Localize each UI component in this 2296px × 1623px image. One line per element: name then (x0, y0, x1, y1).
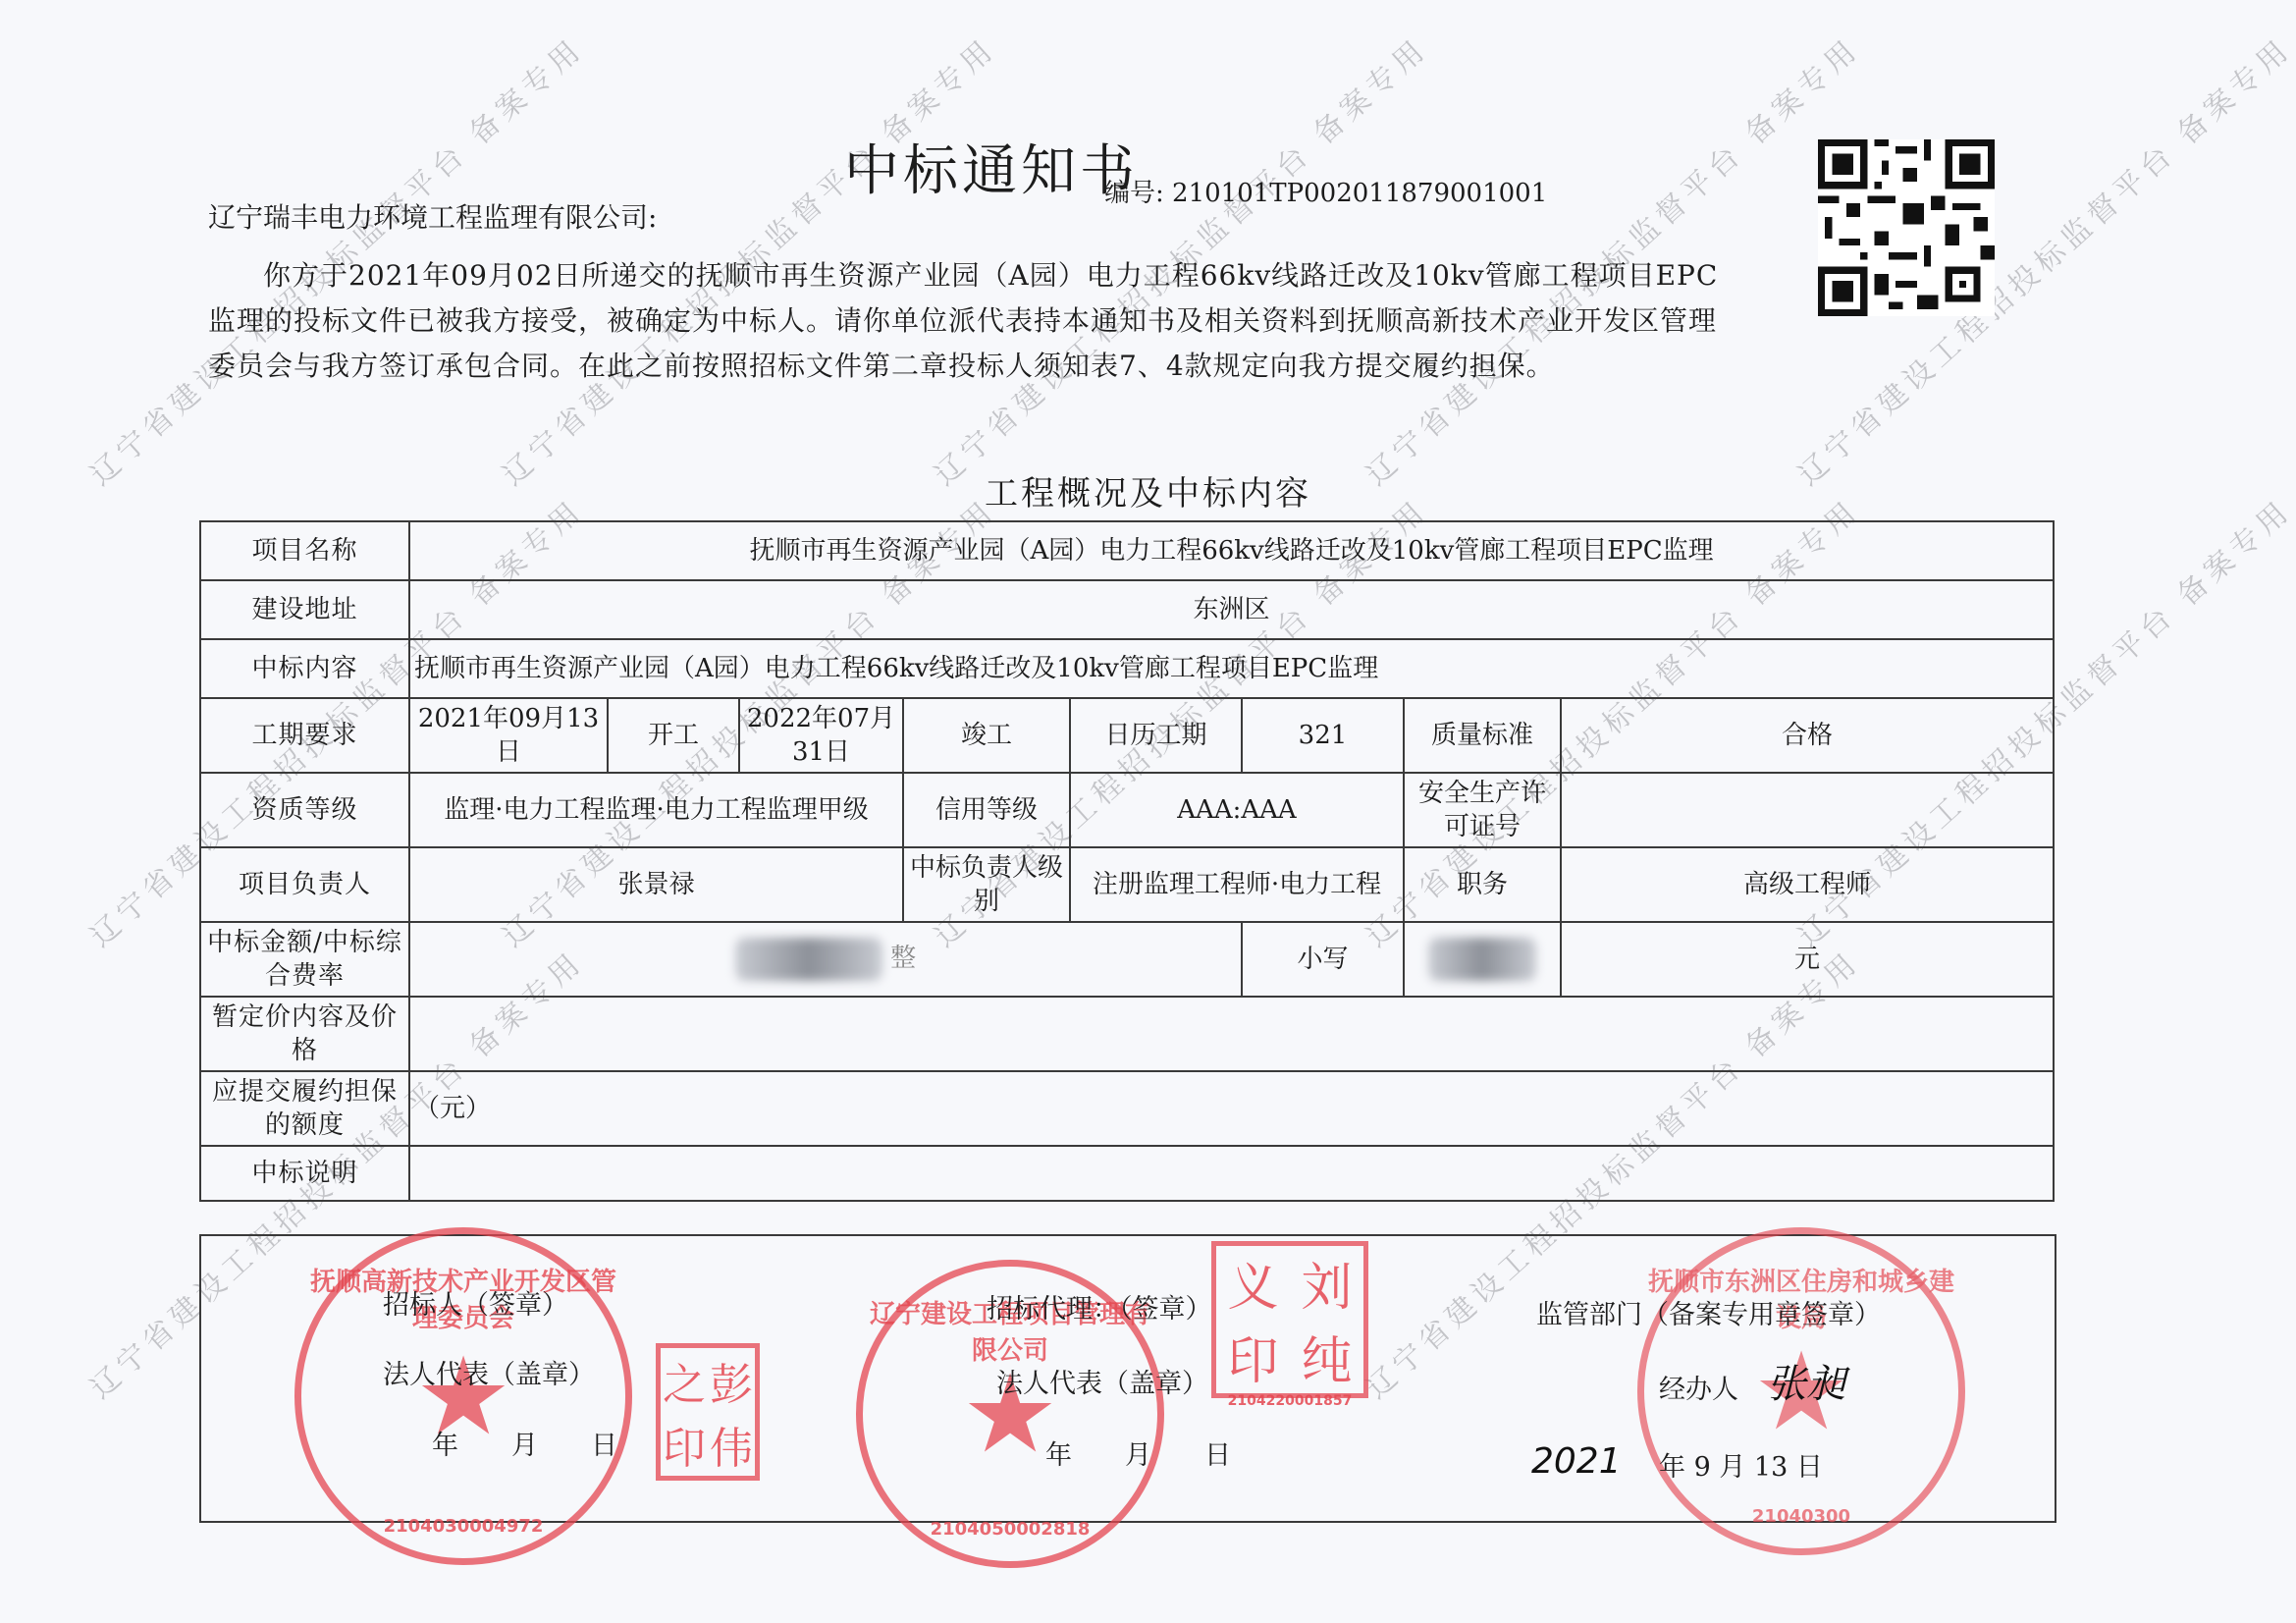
agent-seal-number: 2104050002818 (863, 1519, 1157, 1540)
start-date: 2021年09月13日 (409, 698, 608, 773)
agent-sign-label: 招标代理：（签章） (987, 1287, 1212, 1325)
document-title: 中标通知书 (0, 128, 1983, 206)
safety-permit-label: 安全生产许可证号 (1404, 773, 1561, 847)
serial-number: 编号: 210101TP002011879001001 (1104, 173, 1547, 209)
agent-personal-seal: 义 刘 印 纯 2104220001857 (1211, 1241, 1368, 1398)
credit-label: 信用等级 (903, 773, 1070, 847)
calendar-days-label: 日历工期 (1070, 698, 1242, 773)
seal-char: 之 (661, 1349, 708, 1412)
qr-code-icon[interactable] (1818, 139, 1995, 316)
address-value: 东洲区 (409, 580, 2054, 639)
table-row: 应提交履约担保的额度 （元） (200, 1071, 2054, 1146)
manager-label: 项目负责人 (200, 847, 409, 922)
table-row: 中标金额/中标综合费率 整 小写 元 (200, 922, 2054, 997)
currency-unit: 元 (1561, 922, 2054, 997)
qualification-value: 监理·电力工程监理·电力工程监理甲级 (409, 773, 903, 847)
tenderer-seal-number: 2104030004972 (301, 1516, 625, 1537)
seal-char: 刘 (1290, 1246, 1363, 1320)
handler-signature: 张昶 (1767, 1353, 1845, 1409)
tenderer-seal: 抚顺高新技术产业开发区管理委员会 ★ 2104030004972 (294, 1227, 632, 1565)
supervisor-sign-label: 监管部门（备案专用章签章） (1536, 1293, 1881, 1331)
address-label: 建设地址 (200, 580, 409, 639)
table-row: 资质等级 监理·电力工程监理·电力工程监理甲级 信用等级 AAA:AAA 安全生… (200, 773, 2054, 847)
table-row: 项目名称 抚顺市再生资源产业园（A园）电力工程66kv线路迁改及10kv管廊工程… (200, 521, 2054, 580)
seal-char: 印 (661, 1413, 708, 1476)
amount-value: 整 (409, 922, 1242, 997)
agent-legal-label: 法人代表（盖章） (996, 1362, 1208, 1400)
table-row: 建设地址 东洲区 (200, 580, 2054, 639)
tenderer-legal-label: 法人代表（盖章） (383, 1353, 595, 1391)
manager-level-value: 注册监理工程师·电力工程 (1070, 847, 1404, 922)
lowercase-label: 小写 (1242, 922, 1404, 997)
period-label: 工期要求 (200, 698, 409, 773)
amount-suffix: 整 (890, 944, 916, 973)
bond-value: （元） (409, 1071, 2054, 1146)
start-label: 开工 (608, 698, 739, 773)
agent-date: 年 月 日 (1045, 1434, 1231, 1472)
supervisor-date: 年 9 月 13 日 (1659, 1445, 1823, 1484)
redacted-lowercase-amount (1428, 938, 1536, 981)
bond-label: 应提交履约担保的额度 (200, 1071, 409, 1146)
seal-number: 2104220001857 (1216, 1393, 1363, 1409)
supervisor-date-year: 2021 (1531, 1441, 1622, 1482)
table-row: 工期要求 2021年09月13日 开工 2022年07月31日 竣工 日历工期 … (200, 698, 2054, 773)
end-date: 2022年07月31日 (739, 698, 903, 773)
quality-value: 合格 (1561, 698, 2054, 773)
notes-value (409, 1146, 2054, 1201)
table-row: 中标内容 抚顺市再生资源产业园（A园）电力工程66kv线路迁改及10kv管廊工程… (200, 639, 2054, 698)
tenderer-personal-seal: 之 彭 印 伟 (656, 1343, 760, 1481)
notes-label: 中标说明 (200, 1146, 409, 1201)
calendar-days-value: 321 (1242, 698, 1404, 773)
seal-char: 伟 (708, 1413, 755, 1476)
position-value: 高级工程师 (1561, 847, 2054, 922)
table-row: 中标说明 (200, 1146, 2054, 1201)
table-row: 暂定价内容及价格 (200, 997, 2054, 1071)
content-value: 抚顺市再生资源产业园（A园）电力工程66kv线路迁改及10kv管廊工程项目EPC… (409, 639, 2054, 698)
position-label: 职务 (1404, 847, 1561, 922)
manager-value: 张景禄 (409, 847, 903, 922)
tenderer-date: 年 月 日 (432, 1424, 617, 1462)
credit-value: AAA:AAA (1070, 773, 1404, 847)
supervisor-seal-number: 21040300 (1644, 1506, 1958, 1527)
provisional-label: 暂定价内容及价格 (200, 997, 409, 1071)
serial-label: 编号: (1104, 179, 1164, 208)
amount-label: 中标金额/中标综合费率 (200, 922, 409, 997)
qualification-label: 资质等级 (200, 773, 409, 847)
section-title: 工程概况及中标内容 (0, 466, 2296, 514)
seal-char: 印 (1216, 1320, 1290, 1393)
notice-body: 你方于2021年09月02日所递交的抚顺市再生资源产业园（A园）电力工程66kv… (208, 253, 1744, 389)
project-name-label: 项目名称 (200, 521, 409, 580)
handler-label: 经办人 (1659, 1368, 1738, 1406)
serial-value: 210101TP002011879001001 (1172, 179, 1547, 208)
seal-char: 纯 (1290, 1320, 1363, 1393)
manager-level-label: 中标负责人级别 (903, 847, 1070, 922)
quality-label: 质量标准 (1404, 698, 1561, 773)
recipient: 辽宁瑞丰电力环境工程监理有限公司: (208, 196, 657, 236)
project-info-table: 项目名称 抚顺市再生资源产业园（A园）电力工程66kv线路迁改及10kv管廊工程… (199, 520, 2055, 1202)
content-label: 中标内容 (200, 639, 409, 698)
seal-char: 彭 (708, 1349, 755, 1412)
end-label: 竣工 (903, 698, 1070, 773)
tenderer-sign-label: 招标人（签章） (383, 1283, 568, 1322)
provisional-value (409, 997, 2054, 1071)
project-name-value: 抚顺市再生资源产业园（A园）电力工程66kv线路迁改及10kv管廊工程项目EPC… (409, 521, 2054, 580)
safety-permit-value (1561, 773, 2054, 847)
table-row: 项目负责人 张景禄 中标负责人级别 注册监理工程师·电力工程 职务 高级工程师 (200, 847, 2054, 922)
seal-char: 义 (1216, 1246, 1290, 1320)
lowercase-value (1404, 922, 1561, 997)
redacted-amount (735, 938, 882, 981)
